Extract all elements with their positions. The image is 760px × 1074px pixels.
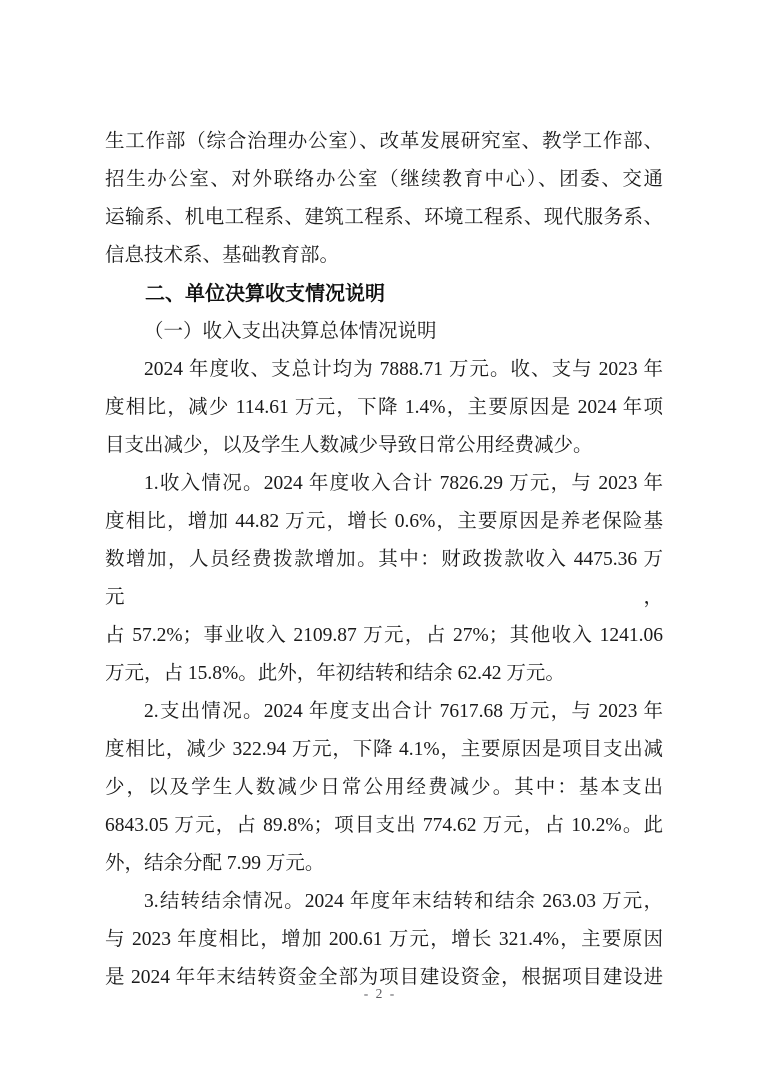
text-line: 万元，占 15.8%。此外，年初结转和结余 62.42 万元。 [105, 655, 663, 693]
page-content: 生工作部（综合治理办公室）、改革发展研究室、教学工作部、招生办公室、对外联络办公… [105, 123, 663, 997]
text-line: 二、单位决算收支情况说明 [105, 275, 663, 313]
subsection-heading: （一）收入支出决算总体情况说明 [105, 313, 663, 351]
text-line: 1.收入情况。2024 年度收入合计 7826.29 万元，与 2023 年 [105, 465, 663, 503]
paragraph: 2024 年度收、支总计均为 7888.71 万元。收、支与 2023 年度相比… [105, 351, 663, 465]
text-line: 与 2023 年度相比，增加 200.61 万元，增长 321.4%，主要原因 [105, 921, 663, 959]
document-page: 生工作部（综合治理办公室）、改革发展研究室、教学工作部、招生办公室、对外联络办公… [0, 0, 760, 1074]
paragraph: 生工作部（综合治理办公室）、改革发展研究室、教学工作部、招生办公室、对外联络办公… [105, 123, 663, 275]
text-line: （一）收入支出决算总体情况说明 [105, 313, 663, 351]
page-number: - 2 - [0, 984, 760, 1004]
text-line: 2.支出情况。2024 年度支出合计 7617.68 万元，与 2023 年 [105, 693, 663, 731]
text-line: 6843.05 万元，占 89.8%；项目支出 774.62 万元，占 10.2… [105, 807, 663, 845]
text-line: 度相比，减少 114.61 万元，下降 1.4%，主要原因是 2024 年项 [105, 389, 663, 427]
text-line: 信息技术系、基础教育部。 [105, 237, 663, 275]
text-line: 数增加，人员经费拨款增加。其中：财政拨款收入 4475.36 万元， [105, 541, 663, 617]
text-line: 占 57.2%；事业收入 2109.87 万元，占 27%；其他收入 1241.… [105, 617, 663, 655]
text-line: 生工作部（综合治理办公室）、改革发展研究室、教学工作部、 [105, 123, 663, 161]
text-line: 目支出减少，以及学生人数减少导致日常公用经费减少。 [105, 427, 663, 465]
text-line: 外，结余分配 7.99 万元。 [105, 845, 663, 883]
section-heading: 二、单位决算收支情况说明 [105, 275, 663, 313]
text-line: 度相比，减少 322.94 万元，下降 4.1%，主要原因是项目支出减 [105, 731, 663, 769]
text-line: 少，以及学生人数减少日常公用经费减少。其中：基本支出 [105, 769, 663, 807]
paragraph: 3.结转结余情况。2024 年度年末结转和结余 263.03 万元，与 2023… [105, 883, 663, 997]
text-line: 运输系、机电工程系、建筑工程系、环境工程系、现代服务系、 [105, 199, 663, 237]
text-line: 招生办公室、对外联络办公室（继续教育中心）、团委、交通 [105, 161, 663, 199]
text-line: 3.结转结余情况。2024 年度年末结转和结余 263.03 万元， [105, 883, 663, 921]
paragraph: 1.收入情况。2024 年度收入合计 7826.29 万元，与 2023 年度相… [105, 465, 663, 693]
text-line: 2024 年度收、支总计均为 7888.71 万元。收、支与 2023 年 [105, 351, 663, 389]
paragraph: 2.支出情况。2024 年度支出合计 7617.68 万元，与 2023 年度相… [105, 693, 663, 883]
text-line: 度相比，增加 44.82 万元，增长 0.6%，主要原因是养老保险基 [105, 503, 663, 541]
